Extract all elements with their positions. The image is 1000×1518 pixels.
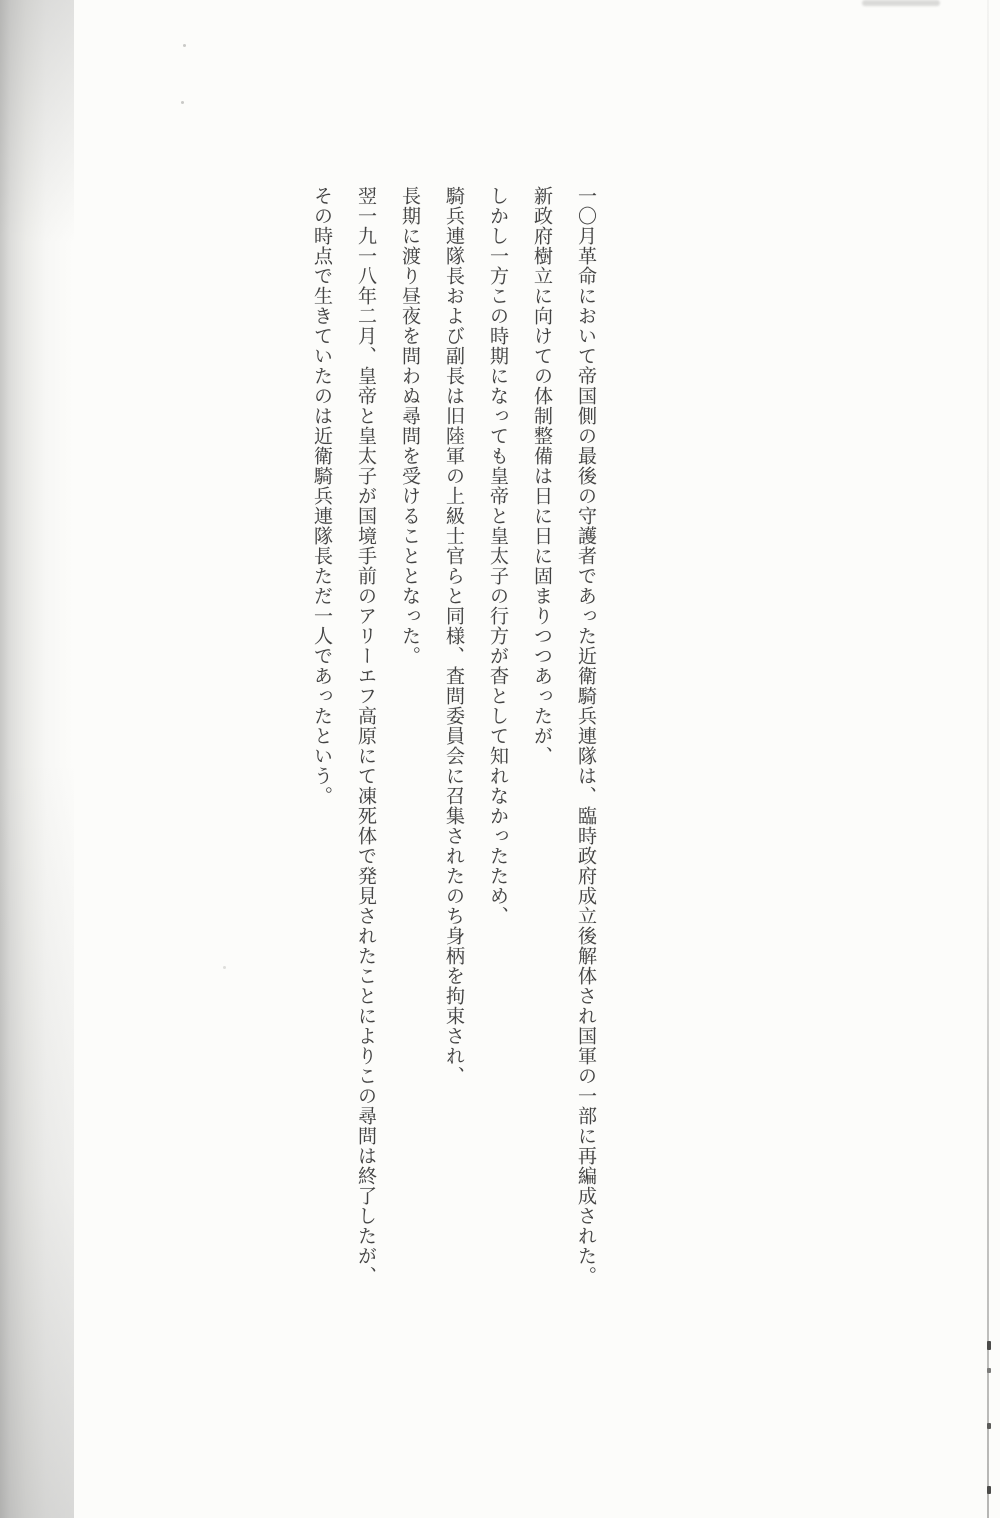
edge-speck [987,1368,991,1373]
edge-speck [987,1423,991,1429]
dust-speck [183,44,186,47]
edge-speck [987,1341,991,1350]
vertical-text-block: 一〇月革命において帝国側の最後の守護者であった近衛騎兵連隊は、臨時政府成立後解体… [300,186,608,1290]
paragraph-6: 翌一九一八年二月、皇帝と皇太子が国境手前のアリーエフ高原にて凍死体で発見されたこ… [344,186,388,1290]
paragraph-1: 一〇月革命において帝国側の最後の守護者であった近衛騎兵連隊は、臨時政府成立後解体… [564,186,608,1290]
edge-speck [987,1486,991,1494]
right-page-edge-line [987,0,989,1518]
paragraph-5: 長期に渡り昼夜を問わぬ尋問を受けることとなった。 [388,186,432,1290]
paragraph-3: しかし一方この時期になっても皇帝と皇太子の行方が杳として知れなかったため、 [476,186,520,1290]
scanned-book-page: 一〇月革命において帝国側の最後の守護者であった近衛騎兵連隊は、臨時政府成立後解体… [0,0,1000,1518]
paragraph-7: その時点で生きていたのは近衛騎兵連隊長ただ一人であったという。 [300,186,344,1290]
scan-smudge [862,0,940,6]
left-scan-edge-shadow [0,0,74,1518]
dust-speck [223,966,226,969]
paragraph-4: 騎兵連隊長および副長は旧陸軍の上級士官らと同様、査問委員会に召集されたのち身柄を… [432,186,476,1290]
paragraph-2: 新政府樹立に向けての体制整備は日に日に固まりつつあったが、 [520,186,564,1290]
dust-speck [181,101,184,104]
